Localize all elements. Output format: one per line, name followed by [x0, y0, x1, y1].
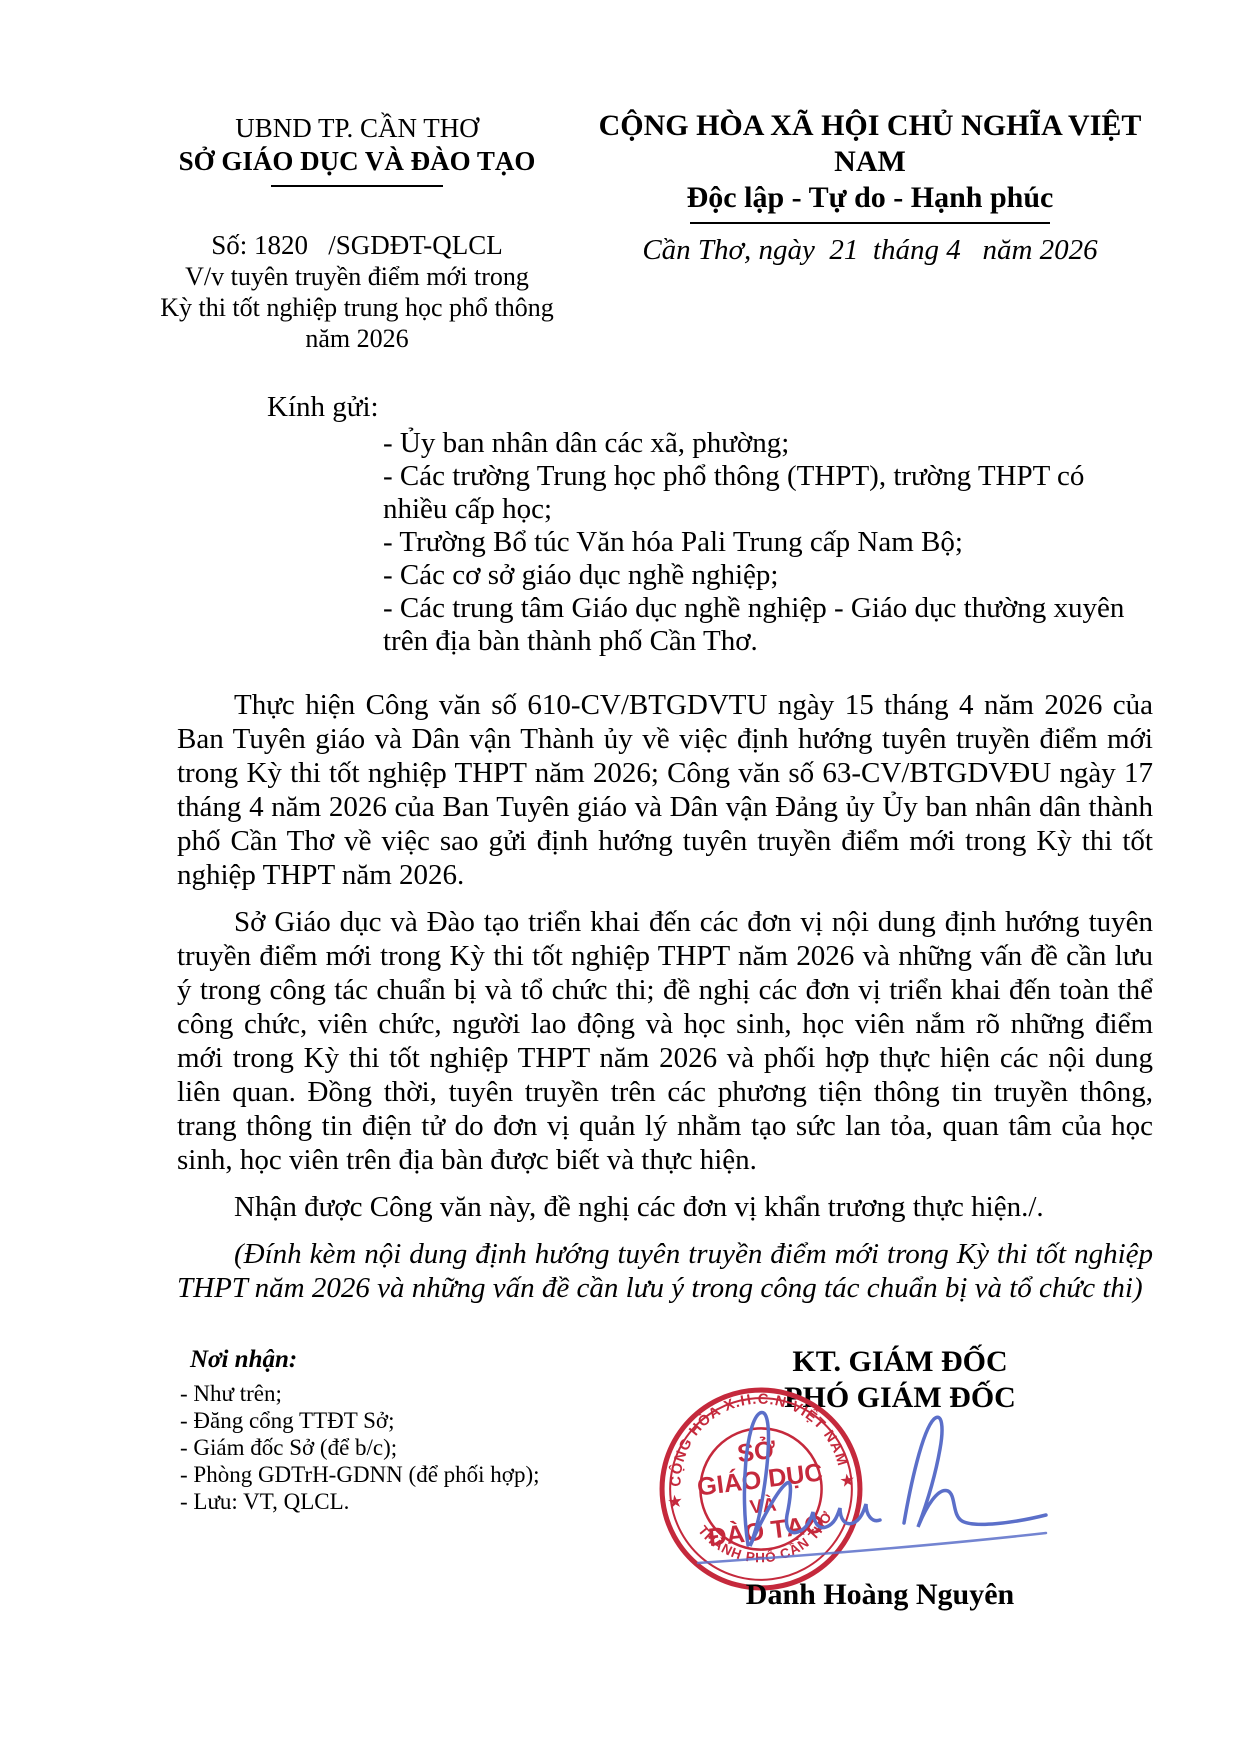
- noi-nhan-item: - Lưu: VT, QLCL.: [180, 1488, 540, 1515]
- document-number: Số: 1820 /SGDĐT-QLCL: [128, 230, 586, 261]
- recipient-list: - Ủy ban nhân dân các xã, phường; - Các …: [383, 427, 1155, 658]
- issuer-department: SỞ GIÁO DỤC VÀ ĐÀO TẠO: [128, 144, 586, 178]
- recipient-item: - Các trường Trung học phổ thông (THPT),…: [383, 460, 1155, 526]
- national-header: CỘNG HÒA XÃ HỘI CHỦ NGHĨA VIỆT NAM Độc l…: [582, 108, 1158, 224]
- salutation: Kính gửi:: [267, 391, 379, 424]
- letter-body: Thực hiện Công văn số 610-CV/BTGDVTU ngà…: [177, 688, 1153, 1318]
- attachment-note: (Đính kèm nội dung định hướng tuyên truy…: [177, 1237, 1153, 1305]
- letter-footer: Nơi nhận: - Như trên; - Đăng cổng TTĐT S…: [0, 1338, 1241, 1755]
- recipient-item: - Ủy ban nhân dân các xã, phường;: [383, 427, 1155, 460]
- noi-nhan-list: - Như trên; - Đăng cổng TTĐT Sở; - Giám …: [180, 1380, 540, 1515]
- issuer-parent: UBND TP. CẦN THƠ: [128, 112, 586, 144]
- noi-nhan-item: - Đăng cổng TTĐT Sở;: [180, 1407, 540, 1434]
- recipient-item: - Các trung tâm Giáo dục nghề nghiệp - G…: [383, 592, 1155, 658]
- issuer-header: UBND TP. CẦN THƠ SỞ GIÁO DỤC VÀ ĐÀO TẠO: [128, 112, 586, 187]
- signer-name: Danh Hoàng Nguyên: [640, 1578, 1120, 1612]
- noi-nhan-item: - Như trên;: [180, 1380, 540, 1407]
- recipient-item: - Trường Bổ túc Văn hóa Pali Trung cấp N…: [383, 526, 1155, 559]
- body-paragraph-3: Nhận được Công văn này, đề nghị các đơn …: [177, 1190, 1153, 1224]
- place-date-line: Cần Thơ, ngày 21 tháng 4 năm 2026: [582, 234, 1158, 267]
- subject-line-1: V/v tuyên truyền điểm mới trong: [128, 261, 586, 292]
- issuer-underline: [271, 185, 443, 187]
- stamp-star-left-icon: ★: [667, 1493, 683, 1512]
- signature-stroke: [904, 1417, 1046, 1527]
- official-letter-page: UBND TP. CẦN THƠ SỞ GIÁO DỤC VÀ ĐÀO TẠO …: [0, 0, 1241, 1755]
- noi-nhan-item: - Phòng GDTrH-GDNN (để phối hợp);: [180, 1461, 540, 1488]
- recipient-item: - Các cơ sở giáo dục nghề nghiệp;: [383, 559, 1155, 592]
- body-paragraph-2: Sở Giáo dục và Đào tạo triển khai đến cá…: [177, 905, 1153, 1177]
- signature-underline-stroke: [698, 1533, 1046, 1563]
- handwritten-signature: [690, 1393, 1060, 1578]
- signature-stroke: [744, 1412, 880, 1546]
- document-number-block: Số: 1820 /SGDĐT-QLCL V/v tuyên truyền đi…: [128, 230, 586, 354]
- subject-line-2: Kỳ thi tốt nghiệp trung học phổ thông: [128, 292, 586, 323]
- motto-underline: [690, 222, 1050, 224]
- noi-nhan-item: - Giám đốc Sở (để b/c);: [180, 1434, 540, 1461]
- noi-nhan-title: Nơi nhận:: [190, 1346, 297, 1374]
- kt-giam-doc-line: KT. GIÁM ĐỐC: [640, 1344, 1160, 1380]
- national-title: CỘNG HÒA XÃ HỘI CHỦ NGHĨA VIỆT NAM: [582, 108, 1158, 180]
- subject-line-3: năm 2026: [128, 323, 586, 354]
- body-paragraph-1: Thực hiện Công văn số 610-CV/BTGDVTU ngà…: [177, 688, 1153, 892]
- national-motto: Độc lập - Tự do - Hạnh phúc: [582, 180, 1158, 216]
